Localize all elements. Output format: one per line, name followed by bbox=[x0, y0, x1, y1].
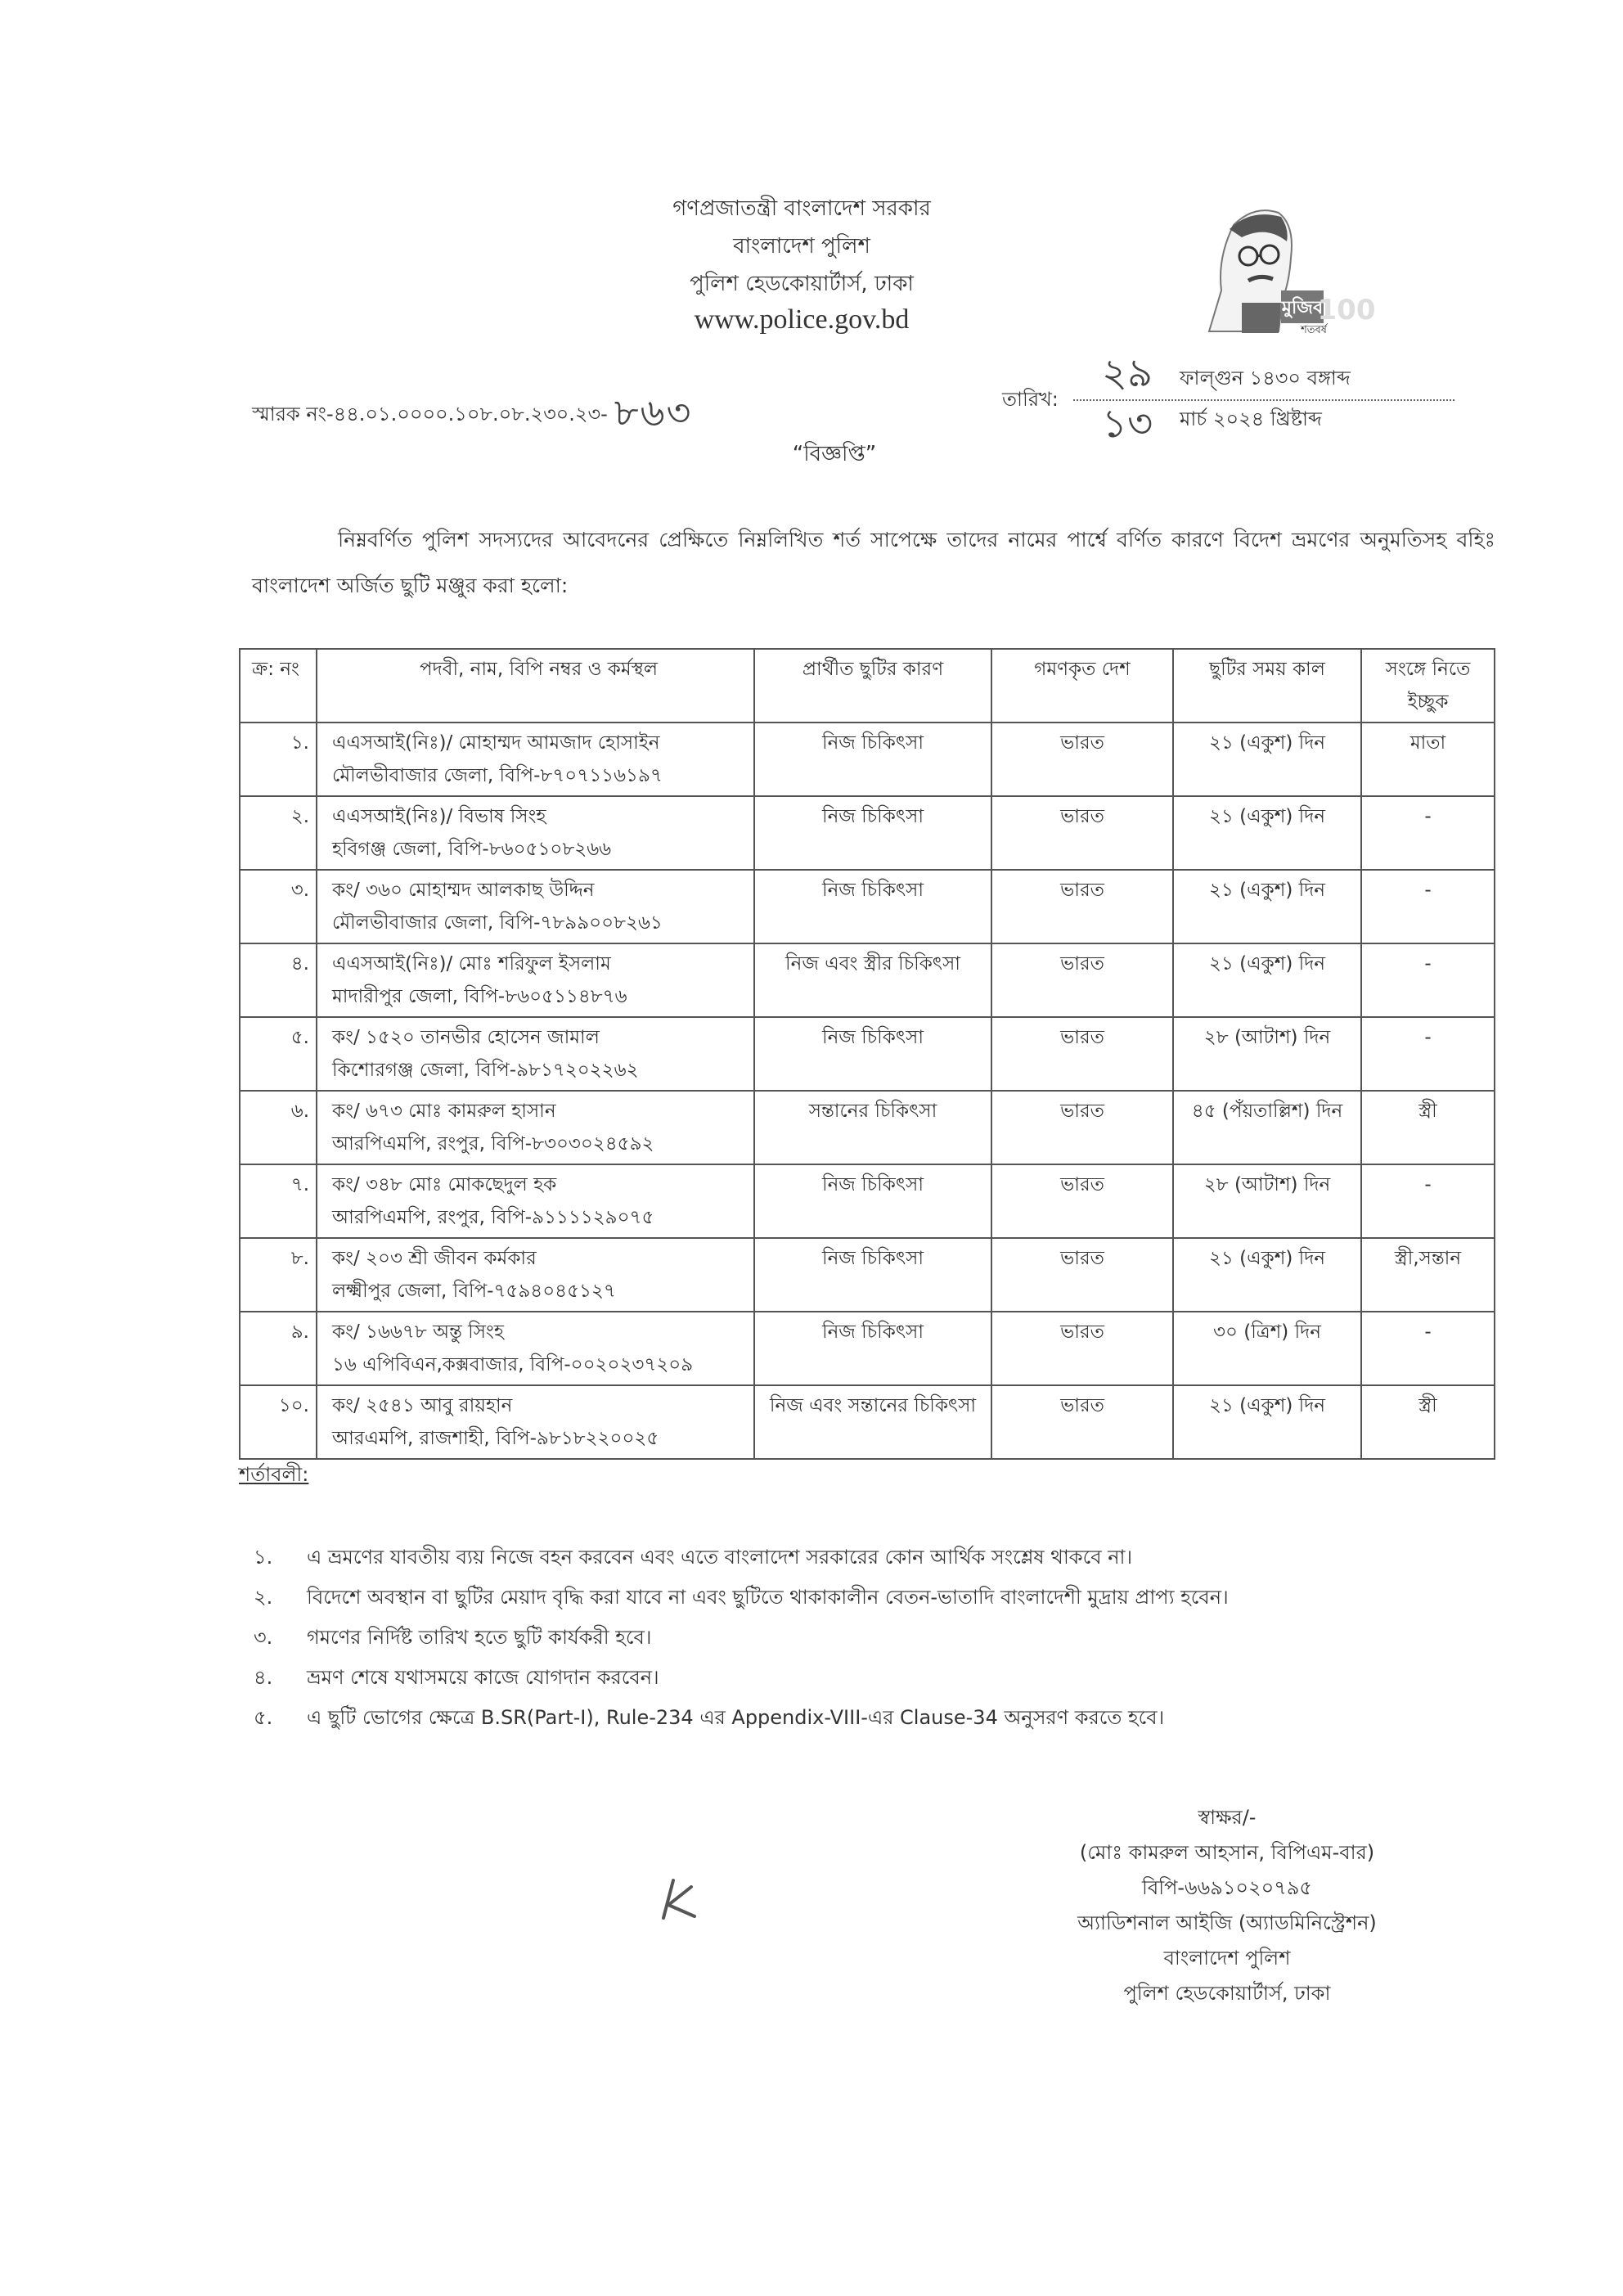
cell-companion: - bbox=[1361, 943, 1495, 1017]
condition-item: ৪.ভ্রমণ শেষে যথাসময়ে কাজে যোগদান করবেন। bbox=[254, 1659, 1448, 1699]
cell-leave-reason: নিজ চিকিৎসা bbox=[754, 1164, 991, 1238]
cell-leave-duration: ২১ (একুশ) দিন bbox=[1173, 723, 1361, 796]
condition-item: ৩.গমণের নির্দিষ্ট তারিখ হতে ছুটি কার্যকর… bbox=[254, 1618, 1448, 1659]
cell-serial-no: ২. bbox=[240, 796, 317, 870]
cell-companion: স্ত্রী bbox=[1361, 1385, 1495, 1459]
condition-number: ৩. bbox=[254, 1623, 307, 1655]
table-row: ৪.এএসআই(নিঃ)/ মোঃ শরিফুল ইসলামমাদারীপুর … bbox=[240, 943, 1495, 1017]
conditions-list: ১.এ ভ্রমণের যাবতীয় ব্যয় নিজে বহন করবেন… bbox=[254, 1538, 1448, 1739]
cell-destination-country: ভারত bbox=[991, 1091, 1173, 1164]
member-unit-bp-number: কিশোরগঞ্জ জেলা, বিপি-৯৮১৭২০২২৬২ bbox=[332, 1054, 745, 1087]
cell-destination-country: ভারত bbox=[991, 723, 1173, 796]
cell-destination-country: ভারত bbox=[991, 1312, 1173, 1385]
cell-destination-country: ভারত bbox=[991, 1238, 1173, 1312]
cell-destination-country: ভারত bbox=[991, 870, 1173, 943]
cell-destination-country: ভারত bbox=[991, 1385, 1173, 1459]
handwritten-initials-icon bbox=[659, 1875, 708, 1925]
cell-destination-country: ভারত bbox=[991, 943, 1173, 1017]
cell-designation-name: কং/ ৩৪৮ মোঃ মোকছেদুল হকআরপিএমপি, রংপুর, … bbox=[317, 1164, 754, 1238]
cell-serial-no: ১. bbox=[240, 723, 317, 796]
condition-item: ২.বিদেশে অবস্থান বা ছুটির মেয়াদ বৃদ্ধি … bbox=[254, 1578, 1448, 1618]
cell-destination-country: ভারত bbox=[991, 796, 1173, 870]
cell-designation-name: কং/ ২০৩ শ্রী জীবন কর্মকারলক্ষ্মীপুর জেলা… bbox=[317, 1238, 754, 1312]
header-serial-no: ক্র: নং bbox=[240, 649, 317, 723]
cell-leave-reason: নিজ এবং সন্তানের চিকিৎসা bbox=[754, 1385, 991, 1459]
cell-companion: মাতা bbox=[1361, 723, 1495, 796]
cell-companion: - bbox=[1361, 870, 1495, 943]
letterhead-government: গণপ্রজাতন্ত্রী বাংলাদেশ সরকার bbox=[573, 190, 1031, 227]
table-row: ১.এএসআই(নিঃ)/ মোহাম্মদ আমজাদ হোসাইনমৌলভী… bbox=[240, 723, 1495, 796]
signatory-bp-number: বিপি-৬৬৯১০২০৭৯৫ bbox=[1006, 1871, 1448, 1906]
member-rank-name: কং/ ১৫২০ তানভীর হোসেন জামাল bbox=[332, 1021, 745, 1054]
cell-designation-name: এএসআই(নিঃ)/ বিভাষ সিংহহবিগঞ্জ জেলা, বিপি… bbox=[317, 796, 754, 870]
table-row: ৭.কং/ ৩৪৮ মোঃ মোকছেদুল হকআরপিএমপি, রংপুর… bbox=[240, 1164, 1495, 1238]
memo-prefix: স্মারক নং-৪৪.০১.০০০০.১০৮.০৮.২৩০.২৩- bbox=[252, 403, 608, 425]
table-row: ৫.কং/ ১৫২০ তানভীর হোসেন জামালকিশোরগঞ্জ জ… bbox=[240, 1017, 1495, 1091]
cell-serial-no: ৩. bbox=[240, 870, 317, 943]
condition-number: ১. bbox=[254, 1542, 307, 1575]
member-unit-bp-number: আরপিএমপি, রংপুর, বিপি-৮৩০৩০২৪৫৯২ bbox=[332, 1128, 745, 1160]
header-destination-country: গমণকৃত দেশ bbox=[991, 649, 1173, 723]
cell-serial-no: ৭. bbox=[240, 1164, 317, 1238]
memo-number: স্মারক নং-৪৪.০১.০০০০.১০৮.০৮.২৩০.২৩-৮৬৩ bbox=[252, 385, 692, 447]
condition-number: ৫. bbox=[254, 1703, 307, 1736]
table-row: ৬.কং/ ৬৭৩ মোঃ কামরুল হাসানআরপিএমপি, রংপু… bbox=[240, 1091, 1495, 1164]
conditions-heading: শর্তাবলী: bbox=[239, 1460, 308, 1492]
cell-leave-duration: ২১ (একুশ) দিন bbox=[1173, 1385, 1361, 1459]
cell-serial-no: ৬. bbox=[240, 1091, 317, 1164]
member-unit-bp-number: লক্ষ্মীপুর জেলা, বিপি-৭৫৯৪০৪৫১২৭ bbox=[332, 1275, 745, 1308]
cell-leave-reason: নিজ চিকিৎসা bbox=[754, 723, 991, 796]
signatory-organization: বাংলাদেশ পুলিশ bbox=[1006, 1941, 1448, 1976]
table-row: ৮.কং/ ২০৩ শ্রী জীবন কর্মকারলক্ষ্মীপুর জে… bbox=[240, 1238, 1495, 1312]
member-unit-bp-number: ১৬ এপিবিএন,কক্সবাজার, বিপি-০০২০২৩৭২০৯ bbox=[332, 1348, 745, 1381]
date-english-month-year: মার্চ ২০২৪ খ্রিষ্টাব্দ bbox=[1180, 404, 1322, 437]
member-unit-bp-number: আরপিএমপি, রংপুর, বিপি-৯১১১১২৯০৭৫ bbox=[332, 1201, 745, 1234]
signatory-designation: অ্যাডিশনাল আইজি (অ্যাডমিনিস্ট্রেশন) bbox=[1006, 1906, 1448, 1941]
cell-companion: - bbox=[1361, 1017, 1495, 1091]
member-rank-name: কং/ ২৫৪১ আবু রায়হান bbox=[332, 1389, 745, 1422]
cell-companion: স্ত্রী bbox=[1361, 1091, 1495, 1164]
cell-designation-name: কং/ ১৬৬৭৮ অন্তু সিংহ১৬ এপিবিএন,কক্সবাজার… bbox=[317, 1312, 754, 1385]
condition-text: এ ভ্রমণের যাবতীয় ব্যয় নিজে বহন করবেন এ… bbox=[307, 1542, 1132, 1575]
memo-handwritten-number: ৮৬৩ bbox=[614, 390, 693, 434]
letterhead-website: www.police.gov.bd bbox=[573, 301, 1031, 339]
cell-leave-duration: ২১ (একুশ) দিন bbox=[1173, 870, 1361, 943]
cell-companion: স্ত্রী,সন্তান bbox=[1361, 1238, 1495, 1312]
cell-designation-name: কং/ ১৫২০ তানভীর হোসেন জামালকিশোরগঞ্জ জেল… bbox=[317, 1017, 754, 1091]
cell-leave-duration: ২৮ (আটাশ) দিন bbox=[1173, 1164, 1361, 1238]
member-rank-name: কং/ ৩৬০ মোহাম্মদ আলকাছ উদ্দিন bbox=[332, 874, 745, 907]
table-header-row: ক্র: নং পদবী, নাম, বিপি নম্বর ও কর্মস্থল… bbox=[240, 649, 1495, 723]
header-designation-name: পদবী, নাম, বিপি নম্বর ও কর্মস্থল bbox=[317, 649, 754, 723]
member-rank-name: কং/ ১৬৬৭৮ অন্তু সিংহ bbox=[332, 1316, 745, 1348]
signatory-office: পুলিশ হেডকোয়ার্টার্স, ঢাকা bbox=[1006, 1976, 1448, 2011]
cell-leave-reason: সন্তানের চিকিৎসা bbox=[754, 1091, 991, 1164]
cell-serial-no: ৯. bbox=[240, 1312, 317, 1385]
date-label: তারিখ: bbox=[1002, 385, 1059, 417]
header-companion: সংঙ্গে নিতে ইচ্ছুক bbox=[1361, 649, 1495, 723]
cell-serial-no: ৮. bbox=[240, 1238, 317, 1312]
cell-destination-country: ভারত bbox=[991, 1017, 1173, 1091]
cell-designation-name: এএসআই(নিঃ)/ মোঃ শরিফুল ইসলামমাদারীপুর জে… bbox=[317, 943, 754, 1017]
cell-serial-no: ৫. bbox=[240, 1017, 317, 1091]
header-leave-reason: প্রার্থীত ছুটির কারণ bbox=[754, 649, 991, 723]
table-row: ১০.কং/ ২৫৪১ আবু রায়হানআরএমপি, রাজশাহী, … bbox=[240, 1385, 1495, 1459]
date-bangla-month-year: ফাল্গুন ১৪৩০ বঙ্গাব্দ bbox=[1180, 363, 1351, 396]
mujib-borsho-logo-icon: মুজিব শতবর্ষ 100 bbox=[1185, 192, 1430, 340]
signatory-name: (মোঃ কামরুল আহসান, বিপিএম-বার) bbox=[1006, 1835, 1448, 1871]
date-english-day: ১৩ bbox=[1095, 394, 1160, 459]
letterhead-office: পুলিশ হেডকোয়ার্টার্স, ঢাকা bbox=[573, 265, 1031, 303]
cell-leave-reason: নিজ চিকিৎসা bbox=[754, 1017, 991, 1091]
cell-leave-reason: নিজ চিকিৎসা bbox=[754, 1312, 991, 1385]
cell-leave-reason: নিজ চিকিৎসা bbox=[754, 870, 991, 943]
signature-mark: স্বাক্ষর/- bbox=[1006, 1800, 1448, 1835]
cell-designation-name: কং/ ২৫৪১ আবু রায়হানআরএমপি, রাজশাহী, বিপ… bbox=[317, 1385, 754, 1459]
condition-text: এ ছুটি ভোগের ক্ষেত্রে B.SR(Part-I), Rule… bbox=[307, 1703, 1164, 1736]
condition-text: ভ্রমণ শেষে যথাসময়ে কাজে যোগদান করবেন। bbox=[307, 1663, 659, 1695]
cell-serial-no: ১০. bbox=[240, 1385, 317, 1459]
cell-leave-duration: ২১ (একুশ) দিন bbox=[1173, 1238, 1361, 1312]
cell-designation-name: কং/ ৬৭৩ মোঃ কামরুল হাসানআরপিএমপি, রংপুর,… bbox=[317, 1091, 754, 1164]
member-rank-name: কং/ ২০৩ শ্রী জীবন কর্মকার bbox=[332, 1242, 745, 1275]
member-rank-name: কং/ ৩৪৮ মোঃ মোকছেদুল হক bbox=[332, 1168, 745, 1201]
cell-leave-duration: ২৮ (আটাশ) দিন bbox=[1173, 1017, 1361, 1091]
table-row: ২.এএসআই(নিঃ)/ বিভাষ সিংহহবিগঞ্জ জেলা, বি… bbox=[240, 796, 1495, 870]
letterhead-organization: বাংলাদেশ পুলিশ bbox=[573, 227, 1031, 265]
condition-item: ৫.এ ছুটি ভোগের ক্ষেত্রে B.SR(Part-I), Ru… bbox=[254, 1699, 1448, 1739]
cell-leave-reason: নিজ চিকিৎসা bbox=[754, 1238, 991, 1312]
cell-leave-reason: নিজ চিকিৎসা bbox=[754, 796, 991, 870]
cell-companion: - bbox=[1361, 1164, 1495, 1238]
cell-companion: - bbox=[1361, 1312, 1495, 1385]
member-unit-bp-number: মৌলভীবাজার জেলা, বিপি-৭৮৯৯০০৮২৬১ bbox=[332, 907, 745, 939]
intro-paragraph: নিম্নবর্ণিত পুলিশ সদস্যদের আবেদনের প্রেক… bbox=[252, 517, 1495, 609]
condition-text: গমণের নির্দিষ্ট তারিখ হতে ছুটি কার্যকরী … bbox=[307, 1623, 651, 1655]
header-leave-duration: ছুটির সময় কাল bbox=[1173, 649, 1361, 723]
leave-approval-table: ক্র: নং পদবী, নাম, বিপি নম্বর ও কর্মস্থল… bbox=[239, 648, 1495, 1460]
signature-block: স্বাক্ষর/- (মোঃ কামরুল আহসান, বিপিএম-বার… bbox=[1006, 1800, 1448, 2011]
member-rank-name: এএসআই(নিঃ)/ মোঃ শরিফুল ইসলাম bbox=[332, 948, 745, 980]
condition-item: ১.এ ভ্রমণের যাবতীয় ব্যয় নিজে বহন করবেন… bbox=[254, 1538, 1448, 1578]
member-unit-bp-number: আরএমপি, রাজশাহী, বিপি-৯৮১৮২২০০২৫ bbox=[332, 1422, 745, 1455]
table-row: ৩.কং/ ৩৬০ মোহাম্মদ আলকাছ উদ্দিনমৌলভীবাজা… bbox=[240, 870, 1495, 943]
member-rank-name: এএসআই(নিঃ)/ বিভাষ সিংহ bbox=[332, 800, 745, 833]
table-row: ৯.কং/ ১৬৬৭৮ অন্তু সিংহ১৬ এপিবিএন,কক্সবাজ… bbox=[240, 1312, 1495, 1385]
cell-designation-name: এএসআই(নিঃ)/ মোহাম্মদ আমজাদ হোসাইনমৌলভীবা… bbox=[317, 723, 754, 796]
member-unit-bp-number: হবিগঞ্জ জেলা, বিপি-৮৬০৫১০৮২৬৬ bbox=[332, 833, 745, 866]
notice-title: “বিজ্ঞপ্তি” bbox=[736, 437, 933, 473]
cell-companion: - bbox=[1361, 796, 1495, 870]
cell-leave-duration: ৪৫ (পঁয়তাল্লিশ) দিন bbox=[1173, 1091, 1361, 1164]
member-unit-bp-number: মৌলভীবাজার জেলা, বিপি-৮৭০৭১১৬১৯৭ bbox=[332, 759, 745, 792]
condition-number: ৪. bbox=[254, 1663, 307, 1695]
cell-designation-name: কং/ ৩৬০ মোহাম্মদ আলকাছ উদ্দিনমৌলভীবাজার … bbox=[317, 870, 754, 943]
member-rank-name: কং/ ৬৭৩ মোঃ কামরুল হাসান bbox=[332, 1095, 745, 1128]
cell-serial-no: ৪. bbox=[240, 943, 317, 1017]
cell-leave-reason: নিজ এবং স্ত্রীর চিকিৎসা bbox=[754, 943, 991, 1017]
member-unit-bp-number: মাদারীপুর জেলা, বিপি-৮৬০৫১১৪৮৭৬ bbox=[332, 980, 745, 1013]
svg-text:100: 100 bbox=[1318, 294, 1376, 326]
condition-text: বিদেশে অবস্থান বা ছুটির মেয়াদ বৃদ্ধি কর… bbox=[307, 1582, 1229, 1615]
cell-destination-country: ভারত bbox=[991, 1164, 1173, 1238]
condition-number: ২. bbox=[254, 1582, 307, 1615]
cell-leave-duration: ২১ (একুশ) দিন bbox=[1173, 943, 1361, 1017]
cell-leave-duration: ২১ (একুশ) দিন bbox=[1173, 796, 1361, 870]
member-rank-name: এএসআই(নিঃ)/ মোহাম্মদ আমজাদ হোসাইন bbox=[332, 727, 745, 759]
cell-leave-duration: ৩০ (ত্রিশ) দিন bbox=[1173, 1312, 1361, 1385]
